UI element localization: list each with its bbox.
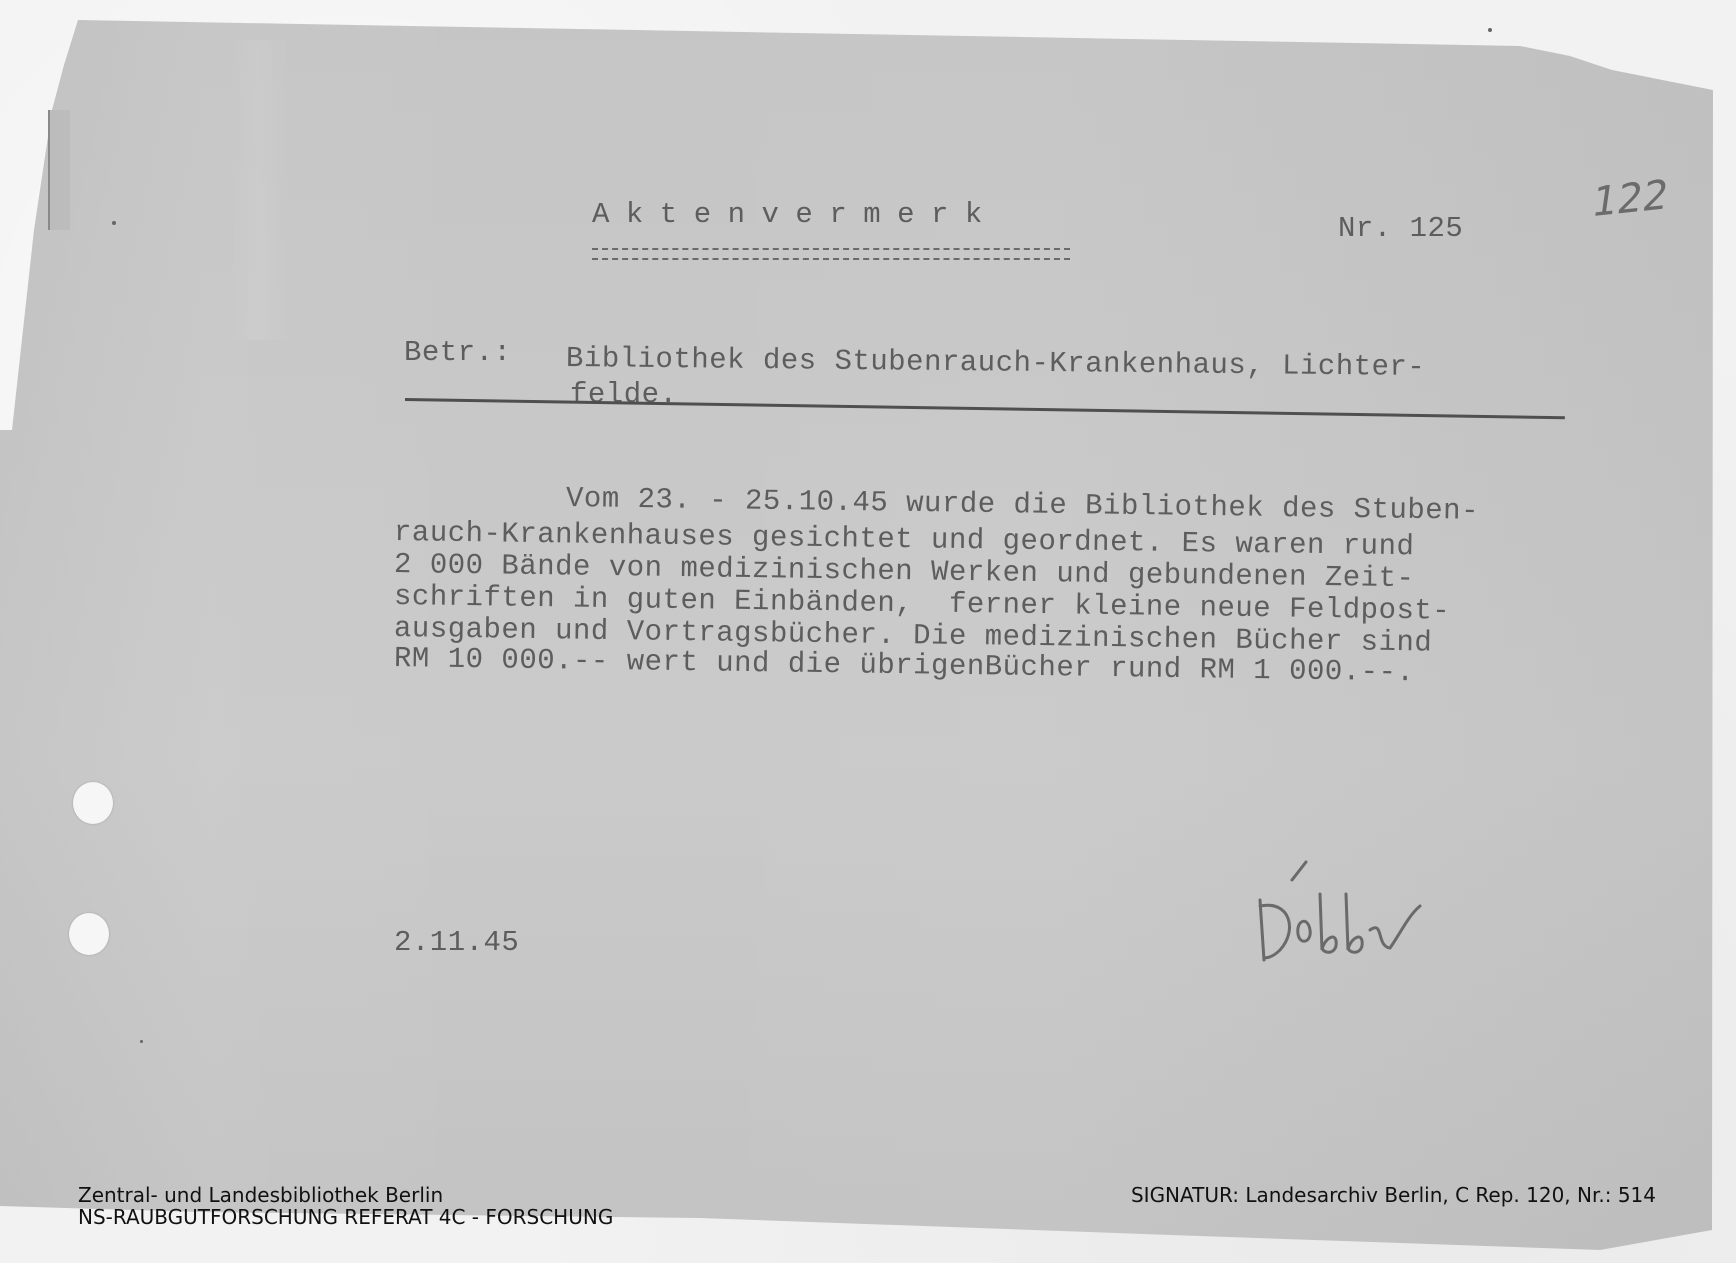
- torn-edge: [48, 110, 70, 230]
- paper-speck: [140, 1040, 143, 1043]
- punch-hole: [73, 782, 113, 824]
- subject-label: Betr.:: [404, 336, 511, 369]
- title-underline: [592, 248, 1070, 260]
- document-title: Aktenvermerk: [592, 198, 999, 231]
- paper-speck: [112, 221, 116, 225]
- handwritten-folio-number: 122: [1589, 172, 1672, 227]
- subject-line: felde.: [570, 378, 677, 411]
- paper-speck: [1488, 28, 1492, 32]
- handwritten-signature: [1250, 850, 1430, 970]
- paper-fold: [230, 40, 290, 340]
- footer-institution-name: Zentral- und Landesbibliothek Berlin: [78, 1184, 613, 1206]
- footer-institution: Zentral- und Landesbibliothek Berlin NS-…: [78, 1184, 613, 1228]
- footer-signature-reference: SIGNATUR: Landesarchiv Berlin, C Rep. 12…: [1131, 1184, 1656, 1206]
- archive-signature: SIGNATUR: Landesarchiv Berlin, C Rep. 12…: [1131, 1184, 1656, 1206]
- footer-department: NS-RAUBGUTFORSCHUNG REFERAT 4C - FORSCHU…: [78, 1206, 613, 1228]
- document-number: Nr. 125: [1338, 212, 1463, 245]
- punch-hole: [69, 913, 109, 955]
- document-date: 2.11.45: [394, 926, 519, 959]
